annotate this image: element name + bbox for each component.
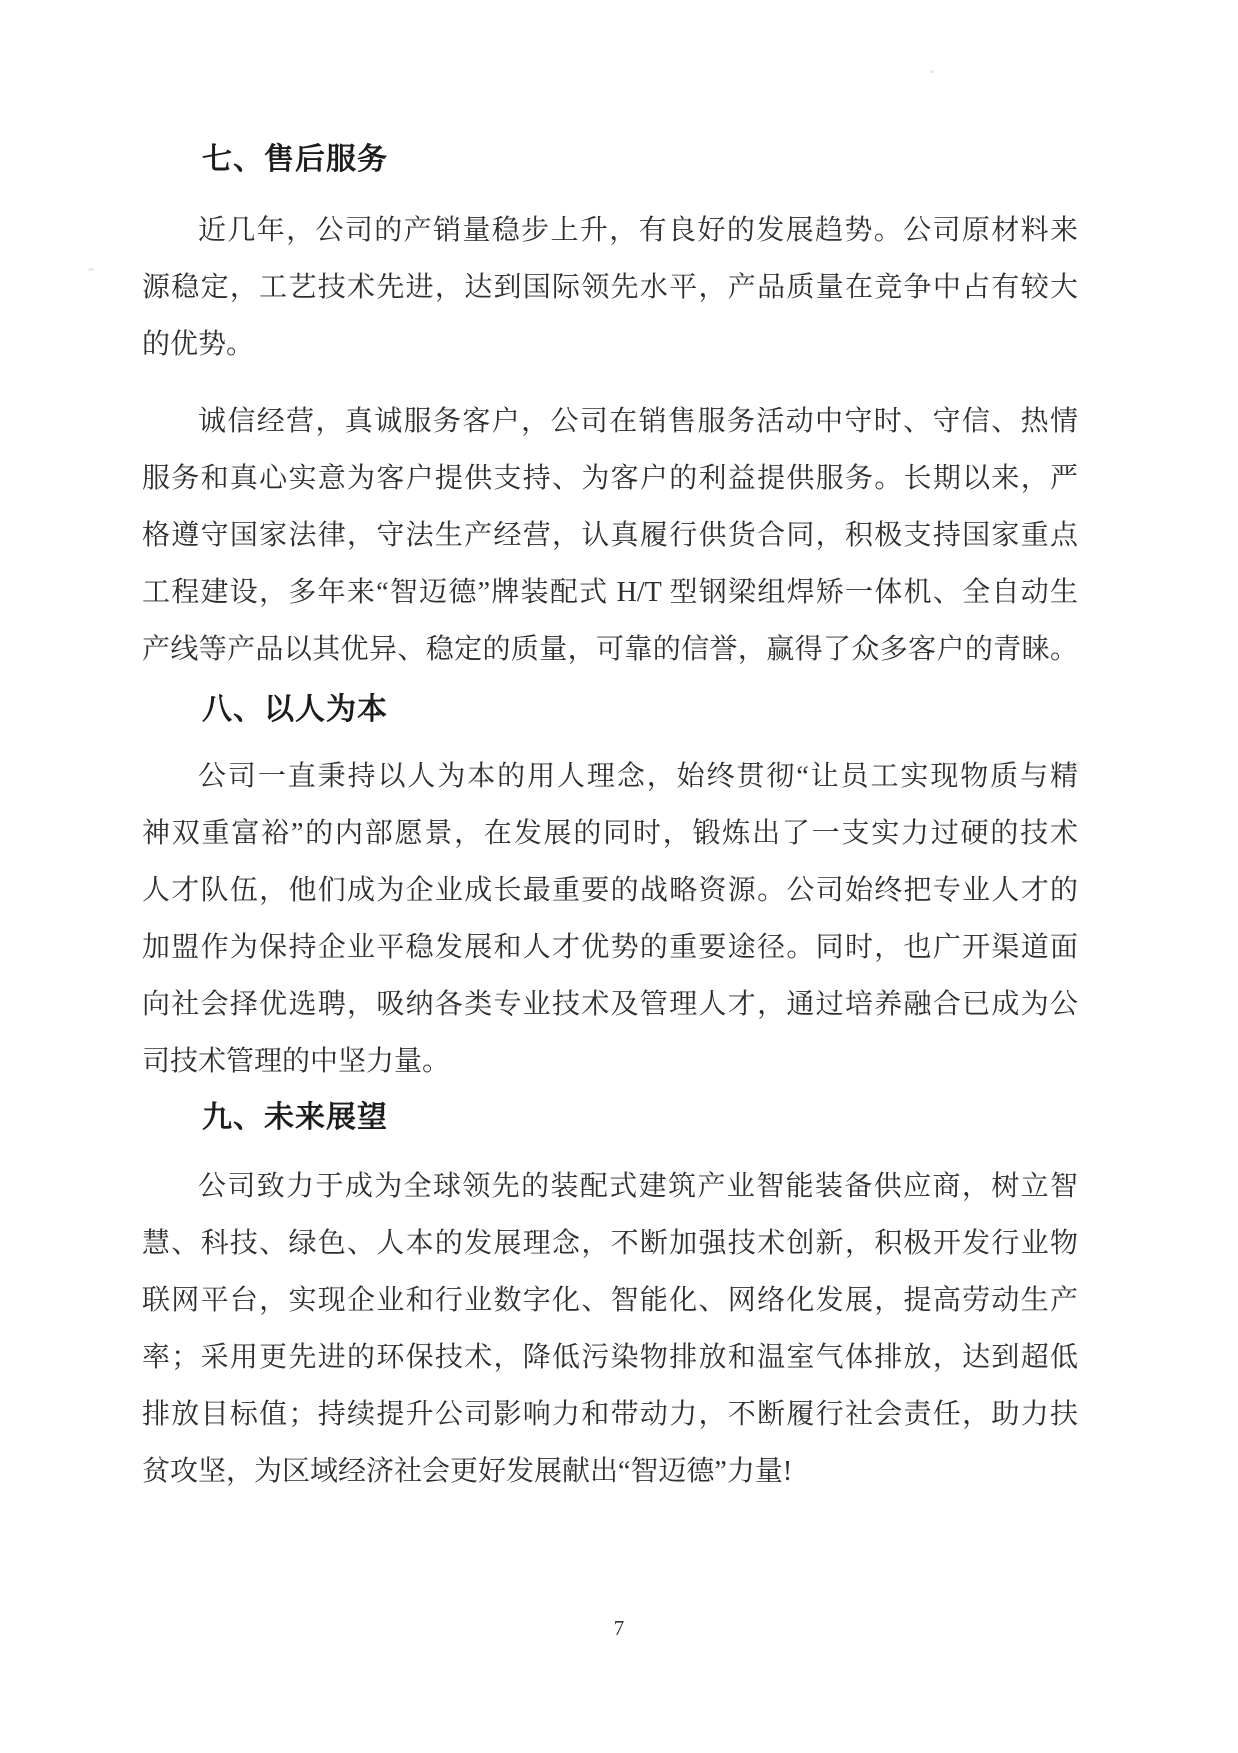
paragraph: 公司一直秉持以人为本的用人理念，始终贯彻“让员工实现物质与精 神双重富裕”的内部… [142,748,1078,1090]
text-line: 的优势。 [142,316,1078,373]
text-line: 诚信经营，真诚服务客户，公司在销售服务活动中守时、守信、热情 [142,393,1078,450]
text-line: 服务和真心实意为客户提供支持、为客户的利益提供服务。长期以来，严 [142,450,1078,507]
text-line: 率；采用更先进的环保技术，降低污染物排放和温室气体排放，达到超低 [142,1329,1078,1386]
scan-speck [88,268,94,271]
text-line: 源稳定，工艺技术先进，达到国际领先水平，产品质量在竞争中占有较大 [142,259,1078,316]
text-line: 公司致力于成为全球领先的装配式建筑产业智能装备供应商，树立智 [142,1158,1078,1215]
text-line: 工程建设，多年来“智迈德”牌装配式 H/T 型钢梁组焊矫一体机、全自动生 [142,564,1078,621]
section-heading-future-outlook: 九、未来展望 [142,1098,1078,1138]
text-line: 格遵守国家法律，守法生产经营，认真履行供货合同，积极支持国家重点 [142,507,1078,564]
page-content: 七、售后服务 近几年，公司的产销量稳步上升，有良好的发展趋势。公司原材料来 源稳… [142,0,1078,1500]
text-line: 排放目标值；持续提升公司影响力和带动力，不断履行社会责任，助力扶 [142,1386,1078,1443]
text-line: 公司一直秉持以人为本的用人理念，始终贯彻“让员工实现物质与精 [142,748,1078,805]
paragraph: 诚信经营，真诚服务客户，公司在销售服务活动中守时、守信、热情 服务和真心实意为客… [142,393,1078,678]
section-heading-after-sales-service: 七、售后服务 [142,140,1078,180]
text-line: 慧、科技、绿色、人本的发展理念，不断加强技术创新，积极开发行业物 [142,1215,1078,1272]
text-line: 贫攻坚，为区域经济社会更好发展献出“智迈德”力量! [142,1443,1078,1500]
text-line: 神双重富裕”的内部愿景，在发展的同时，锻炼出了一支实力过硬的技术 [142,805,1078,862]
document-page: 七、售后服务 近几年，公司的产销量稳步上升，有良好的发展趋势。公司原材料来 源稳… [0,0,1238,1753]
paragraph: 公司致力于成为全球领先的装配式建筑产业智能装备供应商，树立智 慧、科技、绿色、人… [142,1158,1078,1500]
text-line: 加盟作为保持企业平稳发展和人才优势的重要途径。同时，也广开渠道面 [142,919,1078,976]
text-line: 向社会择优选聘，吸纳各类专业技术及管理人才，通过培养融合已成为公 [142,976,1078,1033]
paragraph: 近几年，公司的产销量稳步上升，有良好的发展趋势。公司原材料来 源稳定，工艺技术先… [142,202,1078,373]
section-heading-people-oriented: 八、以人为本 [142,690,1078,730]
text-line: 近几年，公司的产销量稳步上升，有良好的发展趋势。公司原材料来 [142,202,1078,259]
text-line: 人才队伍，他们成为企业成长最重要的战略资源。公司始终把专业人才的 [142,862,1078,919]
text-line: 司技术管理的中坚力量。 [142,1033,1078,1090]
page-number: 7 [0,1616,1238,1641]
text-line: 联网平台，实现企业和行业数字化、智能化、网络化发展，提高劳动生产 [142,1272,1078,1329]
text-line: 产线等产品以其优异、稳定的质量，可靠的信誉，赢得了众多客户的青睐。 [142,621,1078,678]
